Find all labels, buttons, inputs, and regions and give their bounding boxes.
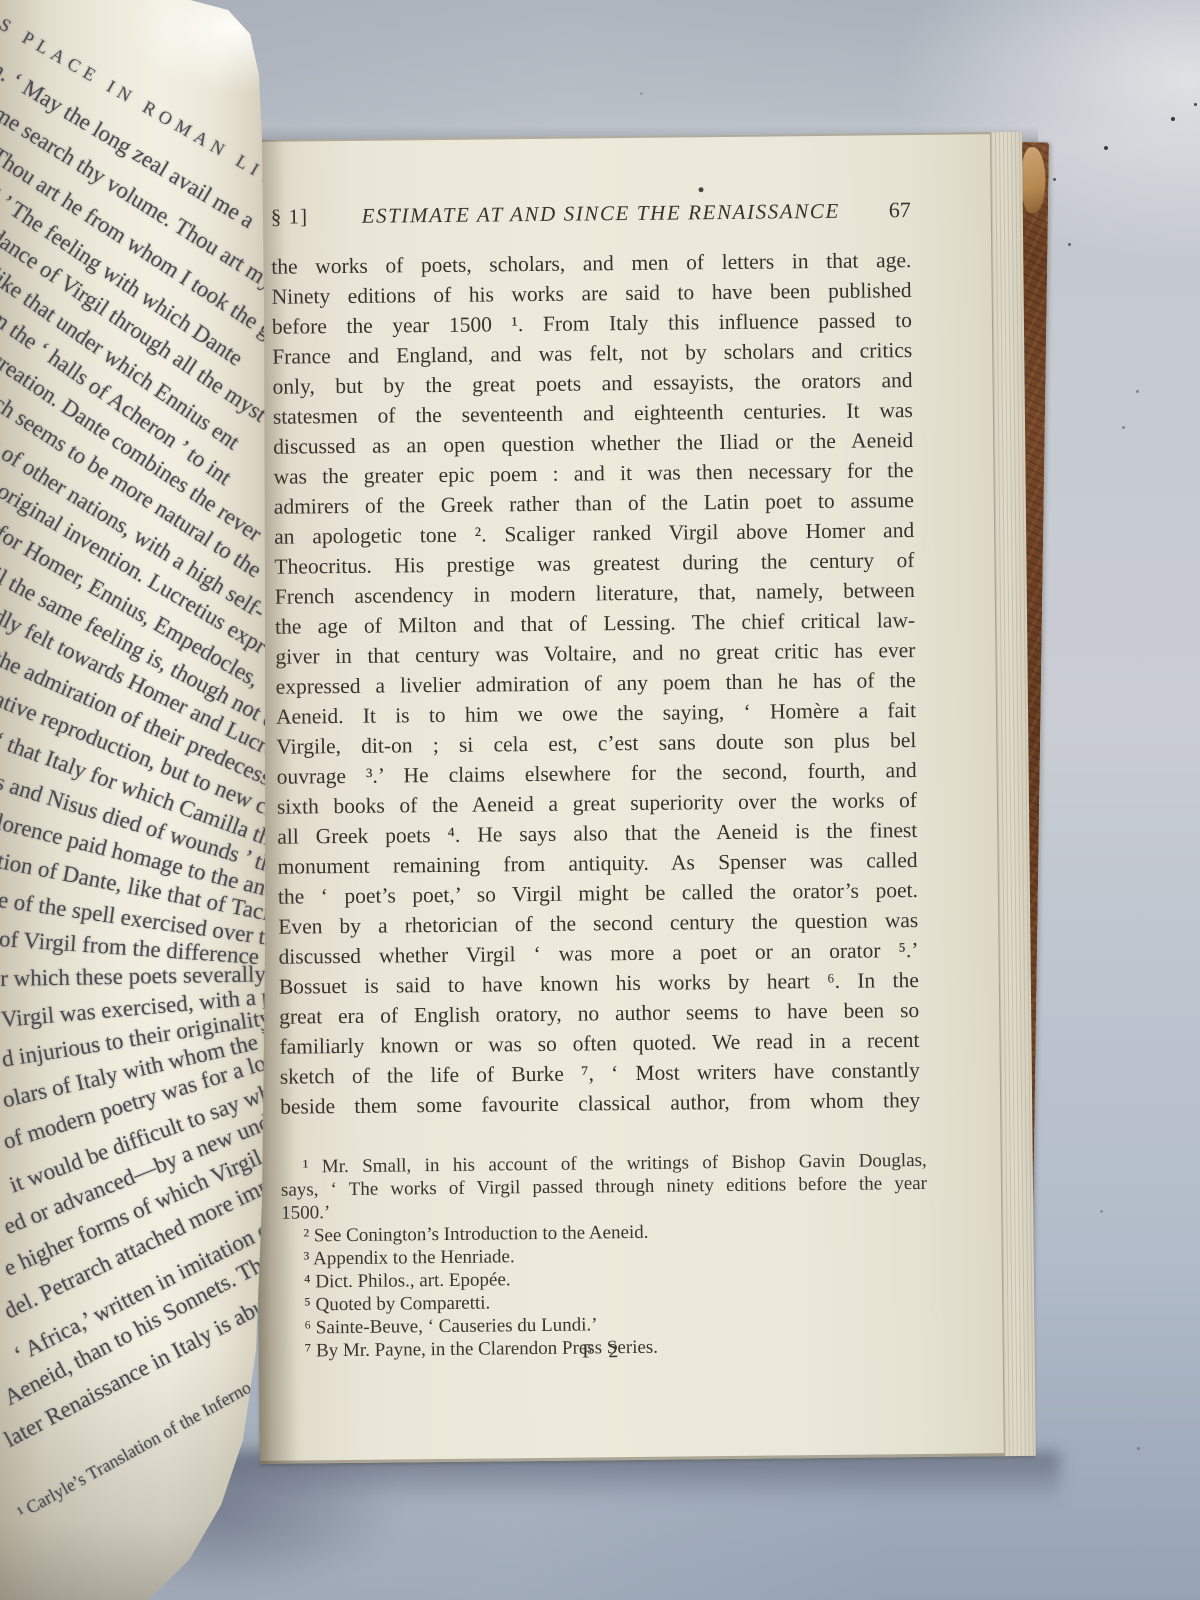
dust-speck	[1053, 178, 1056, 181]
body-text: the works of poets, scholars, and men of…	[271, 245, 920, 1122]
footnotes: ¹ Mr. Small, in his account of the writi…	[281, 1149, 929, 1363]
book-photo: § 1] ESTIMATE AT AND SINCE THE RENAISSAN…	[0, 0, 1200, 1600]
text-line: beside them some favourite classical aut…	[280, 1085, 920, 1122]
right-page-text: § 1] ESTIMATE AT AND SINCE THE RENAISSAN…	[271, 197, 921, 1122]
running-header: § 1] ESTIMATE AT AND SINCE THE RENAISSAN…	[271, 197, 911, 230]
dust-speck	[1137, 1447, 1140, 1450]
right-page: § 1] ESTIMATE AT AND SINCE THE RENAISSAN…	[246, 132, 1035, 1464]
dust-speck	[1100, 1210, 1103, 1213]
page-title: ESTIMATE AT AND SINCE THE RENAISSANCE	[341, 199, 861, 229]
dust-speck	[1104, 146, 1108, 150]
dust-speck	[1122, 426, 1125, 429]
cover-wear-chip	[1021, 147, 1046, 213]
left-footnote-fragment: ¹ Carlyle’s Translation of the Inferno.	[14, 1375, 259, 1523]
dust-speck	[1194, 103, 1197, 106]
dust-speck	[640, 92, 643, 95]
dust-speck	[1068, 243, 1071, 246]
print-dot	[699, 187, 704, 192]
dust-speck	[1136, 390, 1139, 393]
dust-speck	[1171, 117, 1175, 121]
page-number: 67	[861, 197, 911, 224]
